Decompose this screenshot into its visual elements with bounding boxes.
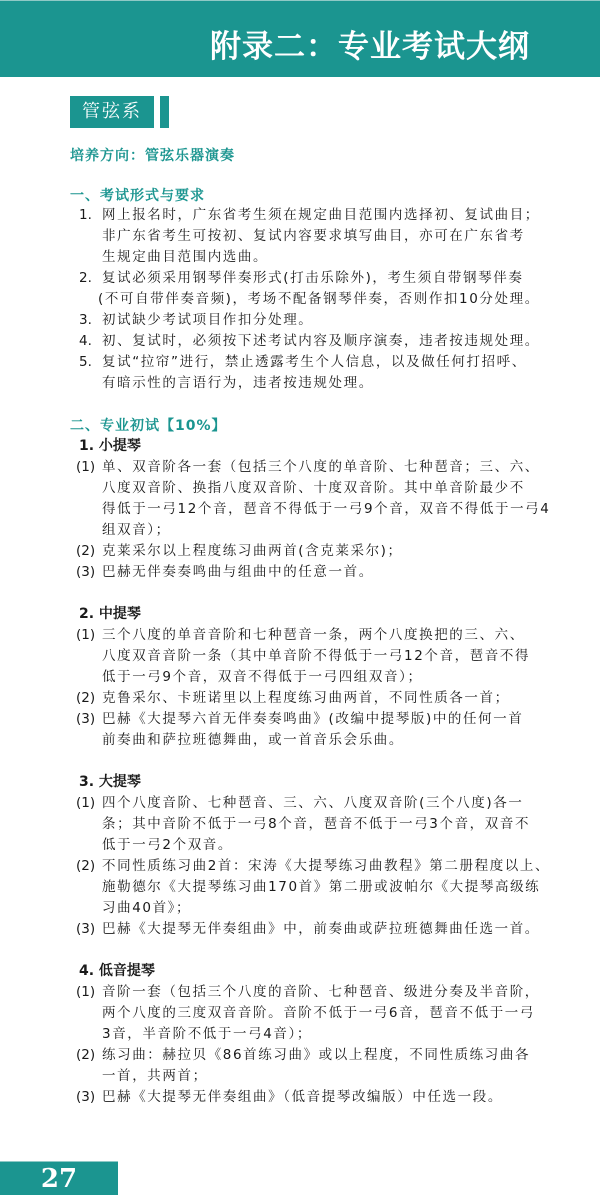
instrument-title-double-bass: 4. 低音提琴 [79,961,155,981]
list-item-line: 巴赫《大提琴六首无伴奏奏鸣曲》(改编中提琴版)中的任何一首 [102,709,523,729]
list-item-line: 三个八度的单音音阶和七种琶音一条，两个八度换把的三、六、 [102,625,525,645]
list-item-line: 生规定曲目范围内选曲。 [102,247,268,267]
list-item-line: 复试“拉帘”进行，禁止透露考生个人信息，以及做任何打招呼、 [102,352,527,372]
list-item-line: 3音，半音阶不低于一弓4音）； [102,1024,312,1044]
list-item-line: 八度双音阶、换指八度双音阶、十度双音阶。其中单音阶最少不 [102,478,525,498]
department-tab-accent [160,96,169,128]
list-item-line: 得低于一弓12个音，琶音不得低于一弓9个音，双音不得低于一弓4 [102,499,550,519]
instrument-title-cello: 3. 大提琴 [79,772,141,792]
list-item-line: 四个八度音阶、七种琶音、三、六、八度双音阶(三个八度)各一 [102,793,523,813]
page-number: 27 [0,1163,118,1195]
list-item-line: 初、复试时，必须按下述考试内容及顺序演奏，违者按违规处理。 [102,331,540,351]
list-number: (2) [76,541,95,561]
list-number: (1) [76,982,95,1002]
list-item-line: 音阶一套（包括三个八度的音阶、七种琶音、级进分奏及半音阶， [102,982,540,1002]
list-item-line: 巴赫无伴奏奏鸣曲与组曲中的任意一首。 [102,562,374,582]
list-item-line: 网上报名时，广东省考生须在规定曲目范围内选择初、复试曲目； [102,205,540,225]
list-item-line: 单、双音阶各一套（包括三个八度的单音阶、七种琶音；三、六、 [102,457,540,477]
list-item-line: 巴赫《大提琴无伴奏组曲》中，前奏曲或萨拉班德舞曲任选一首。 [102,919,540,939]
list-item-line: 低于一弓2个双音。 [102,835,233,855]
list-number: (3) [76,919,95,939]
instrument-title-violin: 1. 小提琴 [79,436,141,456]
list-item-line: 巴赫《大提琴无伴奏组曲》（低音提琴改编版）中任选一段。 [102,1087,503,1107]
list-item-line: 低于一弓9个音，双音不得低于一弓四组双音）； [102,667,423,687]
list-item-line: 复试必须采用钢琴伴奏形式(打击乐除外)，考生须自带钢琴伴奏 [102,268,523,288]
list-item-line: 八度双音音阶一条（其中单音阶不得低于一弓12个音，琶音不得 [102,646,530,666]
list-item-line: (不可自带伴奏音频)，考场不配备钢琴伴奏，否则作扣10分处理。 [98,289,540,309]
list-number: 4. [79,331,92,351]
list-number: (1) [76,457,95,477]
list-item-line: 非广东省考生可按初、复试内容要求填写曲目，亦可在广东省考 [102,226,525,246]
list-number: (3) [76,562,95,582]
list-number: (1) [76,793,95,813]
list-number: 3. [79,310,92,330]
list-number: (2) [76,1045,95,1065]
list-number: 2. [79,268,92,288]
list-item-line: 练习曲：赫拉贝《86首练习曲》或以上程度，不同性质练习曲各 [102,1045,530,1065]
list-item-line: 不同性质练习曲2首：宋涛《大提琴练习曲教程》第二册程度以上、 [102,856,550,876]
section-heading-exam-format: 一、考试形式与要求 [70,185,205,205]
list-number: (3) [76,1087,95,1107]
page-title: 附录二：专业考试大纲 [210,27,530,67]
section-heading-preliminary: 二、专业初试【10%】 [70,415,227,435]
training-direction: 培养方向：管弦乐器演奏 [70,145,235,165]
list-item-line: 克莱采尔以上程度练习曲两首(含克莱采尔)； [102,541,403,561]
list-item-line: 施勒德尔《大提琴练习曲170首》第二册或波帕尔《大提琴高级练 [102,877,540,897]
list-item-line: 组双音）； [102,520,171,540]
instrument-title-viola: 2. 中提琴 [79,604,141,624]
list-item-line: 有暗示性的言语行为，违者按违规处理。 [102,373,374,393]
list-number: 5. [79,352,92,372]
list-item-line: 一首，共两首； [102,1066,208,1086]
list-number: (3) [76,709,95,729]
list-number: (1) [76,625,95,645]
list-item-line: 习曲40首》； [102,898,191,918]
list-item-line: 初试缺少考试项目作扣分处理。 [102,310,313,330]
list-item-line: 两个八度的三度双音音阶。音阶不低于一弓6音，琶音不低于一弓 [102,1003,535,1023]
list-item-line: 条；其中音阶不低于一弓8个音，琶音不低于一弓3个音，双音不 [102,814,530,834]
list-item-line: 前奏曲和萨拉班德舞曲，或一首音乐会乐曲。 [102,730,404,750]
list-number: (2) [76,688,95,708]
list-number: 1. [79,205,92,225]
list-item-line: 克鲁采尔、卡班诺里以上程度练习曲两首，不同性质各一首； [102,688,510,708]
department-tab: 管弦系 [70,96,154,128]
list-number: (2) [76,856,95,876]
